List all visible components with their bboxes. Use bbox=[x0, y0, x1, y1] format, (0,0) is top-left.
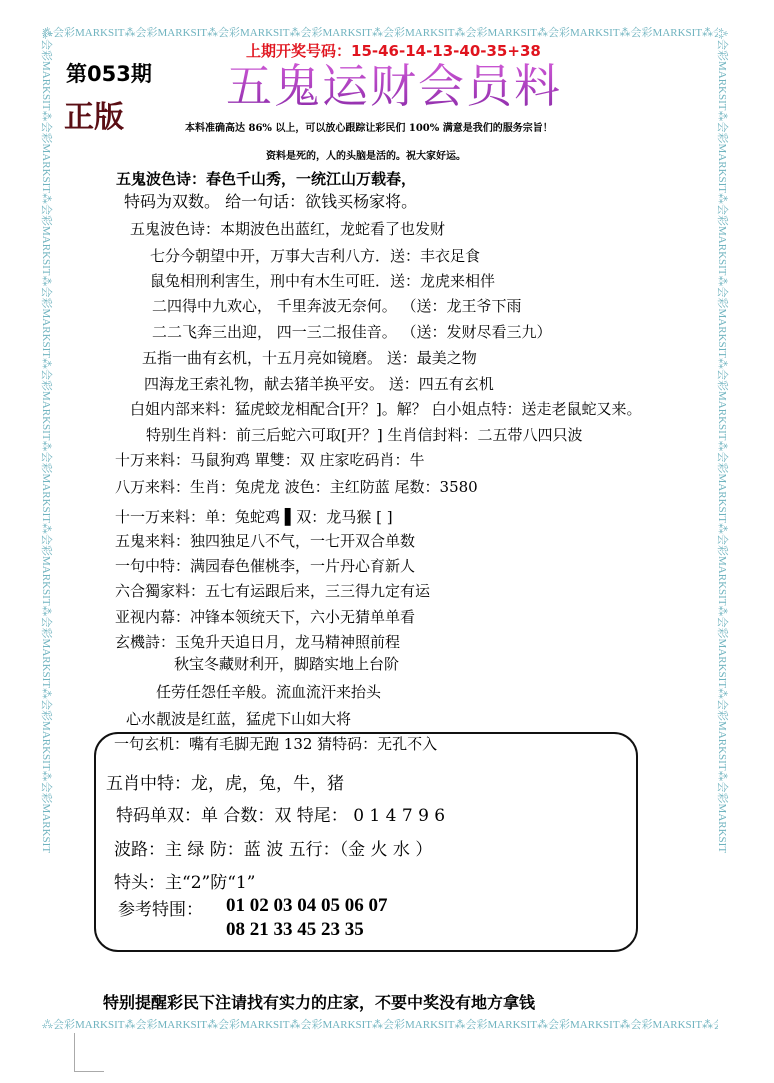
corner-mark bbox=[74, 1033, 75, 1071]
five-zodiac-line: 五肖中特：龙，虎，兔，牛，猪 bbox=[106, 769, 344, 794]
xuanji-poem-line-1: 玄機詩：玉兔升天追日月，龙马精神照前程 bbox=[115, 633, 400, 651]
xuanji-poem-line-2: 秋宝冬藏财利开，脚踏实地上台阶 bbox=[174, 655, 399, 673]
one-sentence-line: 一句中特：满园春色催桃李，一片丹心育新人 bbox=[115, 557, 415, 575]
slogan-goodluck: 资料是死的，人的头脑是活的。祝大家好运。 bbox=[266, 147, 466, 162]
odd-even-line: 特码单双：单 合数：双 特尾： 0 1 4 7 9 6 bbox=[116, 801, 445, 826]
poem-line-5: 鼠兔相刑利害生，刑中有木生可旺．送：龙虎来相伴 bbox=[150, 272, 495, 290]
poem-line-2: 特码为双数。 给一句话：欲钱买杨家将。 bbox=[124, 193, 417, 211]
watermark-border-top: ⁂会彩MARKSIT⁂会彩MARKSIT⁂会彩MARKSIT⁂会彩MARKSIT… bbox=[42, 26, 718, 40]
footer-reminder: 特别提醒彩民下注请找有实力的庄家，不要中奖没有地方拿钱 bbox=[103, 990, 535, 1013]
corner-mark-foot bbox=[74, 1071, 104, 1072]
riddle-line: 一句玄机：嘴有毛脚无跑 132 猜特码：无孔不入 bbox=[114, 735, 437, 753]
edition-label: 正版 bbox=[64, 92, 124, 136]
poem-line-9: 四海龙王索礼物，献去猪羊换平安。 送：四五有玄机 bbox=[144, 375, 494, 393]
poem-line-4: 七分今朝望中开，万事大吉利八方．送：丰衣足食 bbox=[150, 247, 480, 265]
110k-line: 十一万来料：单：兔蛇鸡 ▌双：龙马猴 [ ] bbox=[115, 508, 393, 526]
poem-line-1: 五鬼波色诗：春色千山秀，一统江山万载春， bbox=[116, 168, 416, 189]
yashi-line: 亚视内幕：冲锋本领统天下，六小无猜单单看 bbox=[115, 608, 415, 626]
liuhe-line: 六合獨家料：五七有运跟后来，三三得九定有运 bbox=[115, 582, 430, 600]
head-line: 特头：主“2”防“1” bbox=[114, 868, 255, 893]
special-zodiac-line: 特别生肖料：前三后蛇六可取[开？] 生肖信封料：二五带八四只波 bbox=[146, 426, 582, 444]
poem-line-8: 五指一曲有玄机，十五月亮如镜磨。 送：最美之物 bbox=[142, 349, 477, 367]
issue-number: 第053期 bbox=[66, 58, 152, 88]
page-title: 五鬼运财会员料 bbox=[226, 58, 562, 114]
watermark-border-right: ⁂会彩MARKSIT⁂会彩MARKSIT⁂会彩MARKSIT⁂会彩MARKSIT… bbox=[716, 28, 730, 1018]
wave-line: 波路：主 绿 防：蓝 波 五行：（金 火 水 ） bbox=[114, 835, 432, 860]
poem-line-3: 五鬼波色诗：本期波色出蓝红，龙蛇看了也发财 bbox=[130, 220, 445, 238]
poem-line-7: 二二飞奔三出迎， 四一三二报佳音。 （送：发财尽看三九） bbox=[152, 323, 552, 341]
80k-line: 八万来料：生肖：兔虎龙 波色：主红防蓝 尾数：3580 bbox=[115, 478, 478, 496]
slogan-accuracy: 本料准确高达 86% 以上，可以放心跟踪让彩民们 100% 满意是我们的服务宗旨… bbox=[185, 119, 553, 134]
wugui-line: 五鬼来料：独四独足八不气，一七开双合单数 bbox=[115, 532, 415, 550]
ref-numbers-row-2: 08 21 33 45 23 35 bbox=[226, 919, 364, 941]
poem-line-xinshui: 心水靓波是红蓝，猛虎下山如大将 bbox=[126, 710, 351, 728]
watermark-border-left: ⁂会彩MARKSIT⁂会彩MARKSIT⁂会彩MARKSIT⁂会彩MARKSIT… bbox=[40, 28, 54, 1018]
watermark-border-bottom: ⁂会彩MARKSIT⁂会彩MARKSIT⁂会彩MARKSIT⁂会彩MARKSIT… bbox=[42, 1018, 718, 1032]
poem-line-ren: 任劳任怨任辛般。流血流汗来抬头 bbox=[156, 683, 381, 701]
100k-line: 十万来料：马鼠狗鸡 單雙：双 庄家吃码肖：牛 bbox=[115, 451, 425, 469]
ref-numbers-row-1: 01 02 03 04 05 06 07 bbox=[226, 895, 388, 917]
ref-label: 参考特围： bbox=[118, 895, 203, 920]
baijie-line: 白姐内部来料：猛虎蛟龙相配合[开？]。解？ 白小姐点特：送走老鼠蛇又来。 bbox=[130, 400, 641, 418]
poem-line-6: 二四得中九欢心， 千里奔波无奈何。 （送：龙王爷下雨 bbox=[152, 297, 522, 315]
